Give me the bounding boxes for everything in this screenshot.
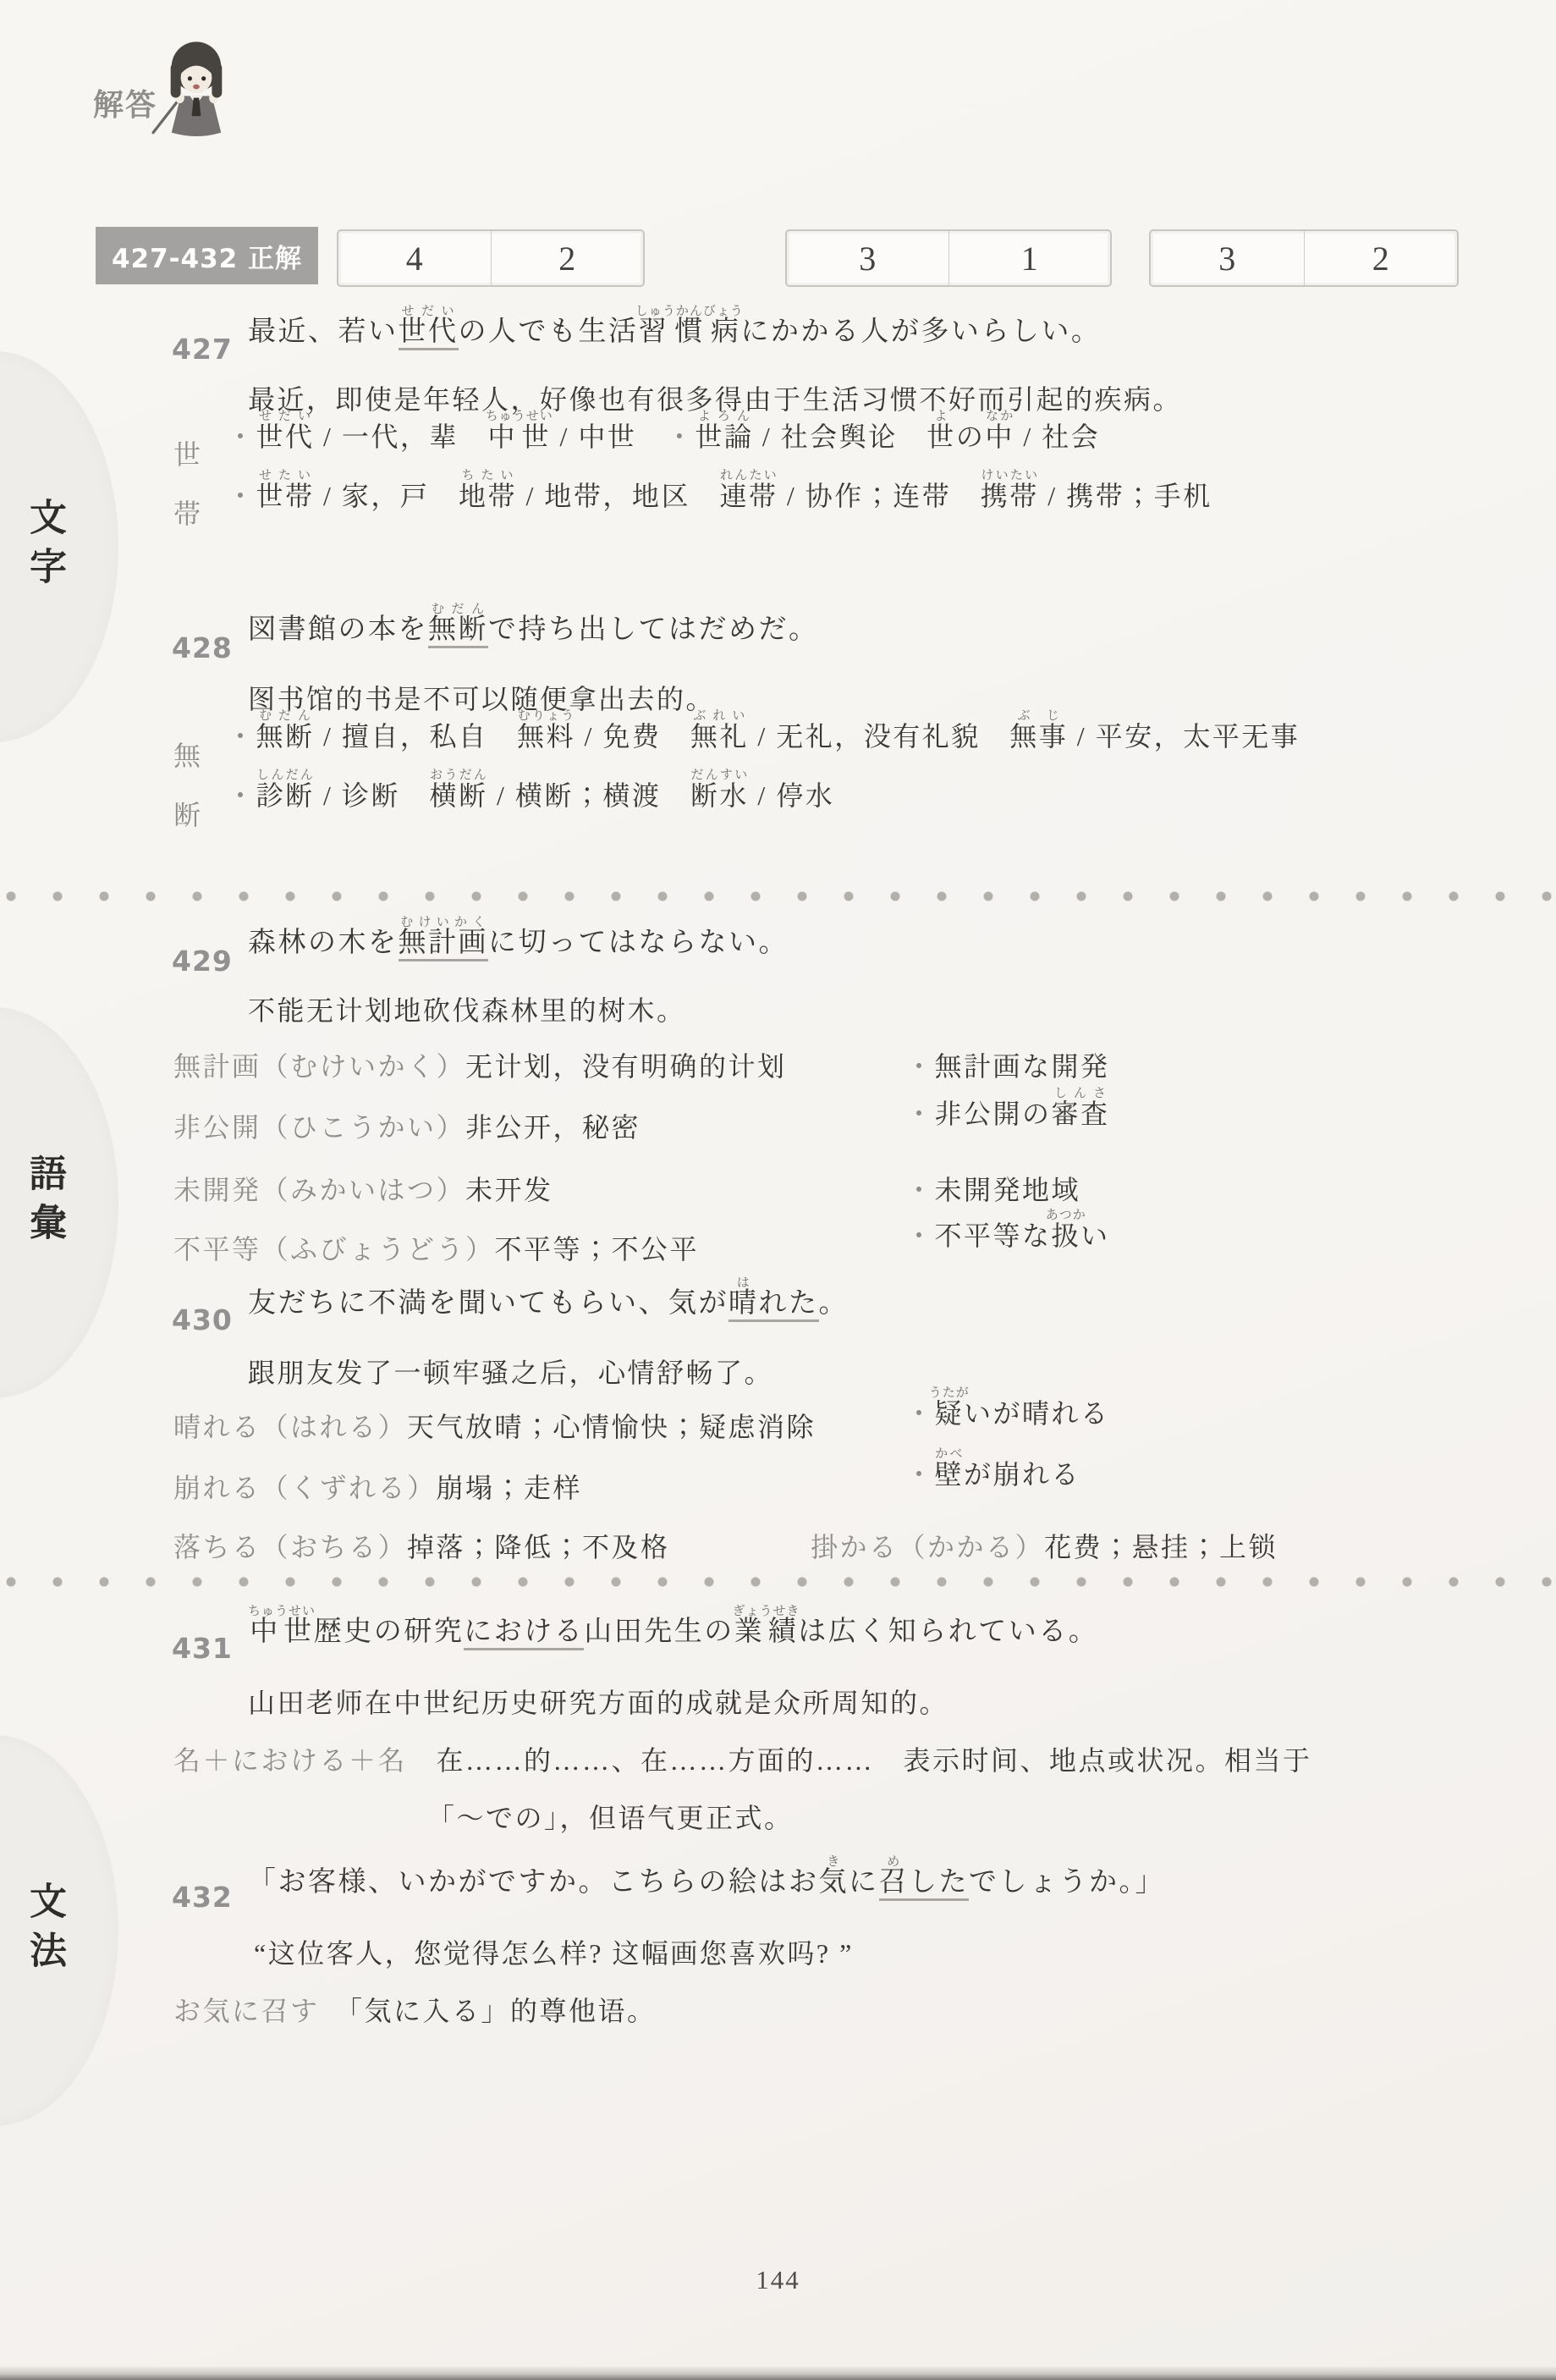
teacher-mascot-illustration bbox=[146, 37, 247, 147]
vocab-example: ・壁かべが崩れる bbox=[905, 1447, 1080, 1491]
answer-value: 3 bbox=[787, 231, 948, 285]
sidebar-tab-goi: 語彙 bbox=[0, 1007, 118, 1398]
vocab-left: 崩れる（くずれる）崩塌；走样 bbox=[173, 1471, 582, 1505]
question-number: 432 bbox=[172, 1881, 233, 1914]
question-number: 431 bbox=[172, 1632, 233, 1665]
vocab-example: ・未開発地域 bbox=[905, 1173, 1080, 1207]
sidebar-tab-moji-label: 文字 bbox=[17, 498, 71, 596]
vocab-left: 未開発（みかいはつ）未开发 bbox=[173, 1173, 553, 1207]
question-sentence: 「お客様、いかがですか。こちらの絵はお気きに召めしたでしょうか。」 bbox=[248, 1855, 1165, 1900]
question-sentence: 友だちに不満を聞いてもらい、気が晴はれた。 bbox=[248, 1276, 849, 1321]
answer-value: 1 bbox=[948, 231, 1111, 285]
answer-box: 4 2 bbox=[337, 229, 645, 287]
answer-range-badge: 427-432 正解 bbox=[96, 227, 318, 284]
usage-note-line: お気に召す 「気に入る」的尊他语。 bbox=[173, 1994, 657, 2028]
sidebar-tab-bunpou-label: 文法 bbox=[17, 1881, 71, 1980]
dotted-divider bbox=[5, 890, 1553, 902]
question-translation: 跟朋友发了一顿牢骚之后，心情舒畅了。 bbox=[248, 1356, 773, 1390]
question-number: 430 bbox=[172, 1303, 233, 1336]
kanji-examples-line: ・世代せだい / 一代，辈 中世ちゅうせい / 中世 ・世論よろん / 社会舆论… bbox=[227, 410, 1100, 454]
question-number: 428 bbox=[172, 631, 233, 664]
question-translation: 不能无计划地砍伐森林里的树木。 bbox=[248, 994, 686, 1027]
question-number: 427 bbox=[172, 333, 233, 366]
vocab-left: 非公開（ひこうかい）非公开，秘密 bbox=[173, 1110, 641, 1144]
vocab-left: 不平等（ふびょうどう）不平等；不公平 bbox=[173, 1232, 699, 1266]
question-sentence: 森林の木を無計画むけいかくに切ってはならない。 bbox=[248, 916, 789, 961]
answers-heading: 解答 bbox=[93, 81, 157, 124]
sidebar-tab-goi-label: 語彙 bbox=[17, 1154, 71, 1252]
question-sentence: 中世ちゅうせい歴史の研究における山田先生の業績ぎょうせきは広く知られている。 bbox=[248, 1605, 1098, 1650]
answer-value: 2 bbox=[1304, 231, 1458, 285]
kanji-head: 断 bbox=[173, 794, 201, 833]
textbook-page: 文字 語彙 文法 解答 427-432 正解 4 2 3 bbox=[0, 0, 1556, 2380]
kanji-examples-line: ・世帯せたい / 家，户 地帯ちたい / 地带，地区 連帯れんたい / 协作；连… bbox=[227, 469, 1212, 513]
vocab-left: 落ちる（おちる）掉落；降低；不及格 bbox=[173, 1530, 670, 1564]
kanji-head: 世 bbox=[173, 433, 201, 472]
kanji-examples-line: ・無断むだん / 擅自，私自 無料むりょう / 免费 無礼ぶれい / 无礼，没有… bbox=[227, 709, 1300, 753]
vocab-right: 掛かる（かかる）花费；悬挂；上锁 bbox=[811, 1530, 1278, 1564]
question-sentence: 最近、若い世代せだいの人でも生活習慣病しゅうかんびょうにかかる人が多いらしい。 bbox=[248, 305, 1101, 350]
vocab-left: 無計画（むけいかく）无计划，没有明确的计划 bbox=[173, 1050, 787, 1083]
question-translation: 山田老师在中世纪历史研究方面的成就是众所周知的。 bbox=[248, 1686, 948, 1720]
answer-value: 2 bbox=[491, 231, 644, 285]
sidebar-tab-bunpou: 文法 bbox=[0, 1735, 118, 2126]
question-translation: “这位客人，您觉得怎么样? 这幅画您喜欢吗? ” bbox=[254, 1937, 854, 1970]
answer-value: 3 bbox=[1151, 231, 1304, 285]
vocab-example: ・疑うたがいが晴れる bbox=[905, 1386, 1110, 1430]
vocab-example: ・非公開の審査しんさ bbox=[905, 1087, 1110, 1131]
kanji-head: 無 bbox=[173, 735, 201, 774]
vocab-example: ・不平等な扱あつかい bbox=[905, 1209, 1110, 1253]
vocab-example: ・無計画な開発 bbox=[905, 1050, 1110, 1083]
answer-box: 3 1 bbox=[785, 229, 1112, 287]
kanji-examples-line: ・診断しんだん / 诊断 横断おうだん / 横断；横渡 断水だんすい / 停水 bbox=[227, 769, 834, 813]
page-bottom-edge bbox=[0, 2366, 1556, 2380]
page-number: 144 bbox=[0, 2265, 1556, 2295]
question-number: 429 bbox=[172, 945, 233, 978]
answer-box: 3 2 bbox=[1149, 229, 1459, 287]
grammar-note-line: 「～での」，但语气更正式。 bbox=[427, 1801, 794, 1835]
dotted-divider bbox=[5, 1576, 1553, 1588]
vocab-left: 晴れる（はれる）天气放晴；心情愉快；疑虑消除 bbox=[173, 1410, 816, 1444]
kanji-head: 帯 bbox=[173, 493, 201, 532]
grammar-pattern-line: 名＋における＋名 在……的……、在……方面的…… 表示时间、地点或状况。相当于 bbox=[173, 1744, 1312, 1777]
question-sentence: 図書館の本を無断むだんで持ち出してはだめだ。 bbox=[248, 603, 819, 647]
answer-value: 4 bbox=[338, 231, 491, 285]
sidebar-tab-moji: 文字 bbox=[0, 351, 118, 742]
